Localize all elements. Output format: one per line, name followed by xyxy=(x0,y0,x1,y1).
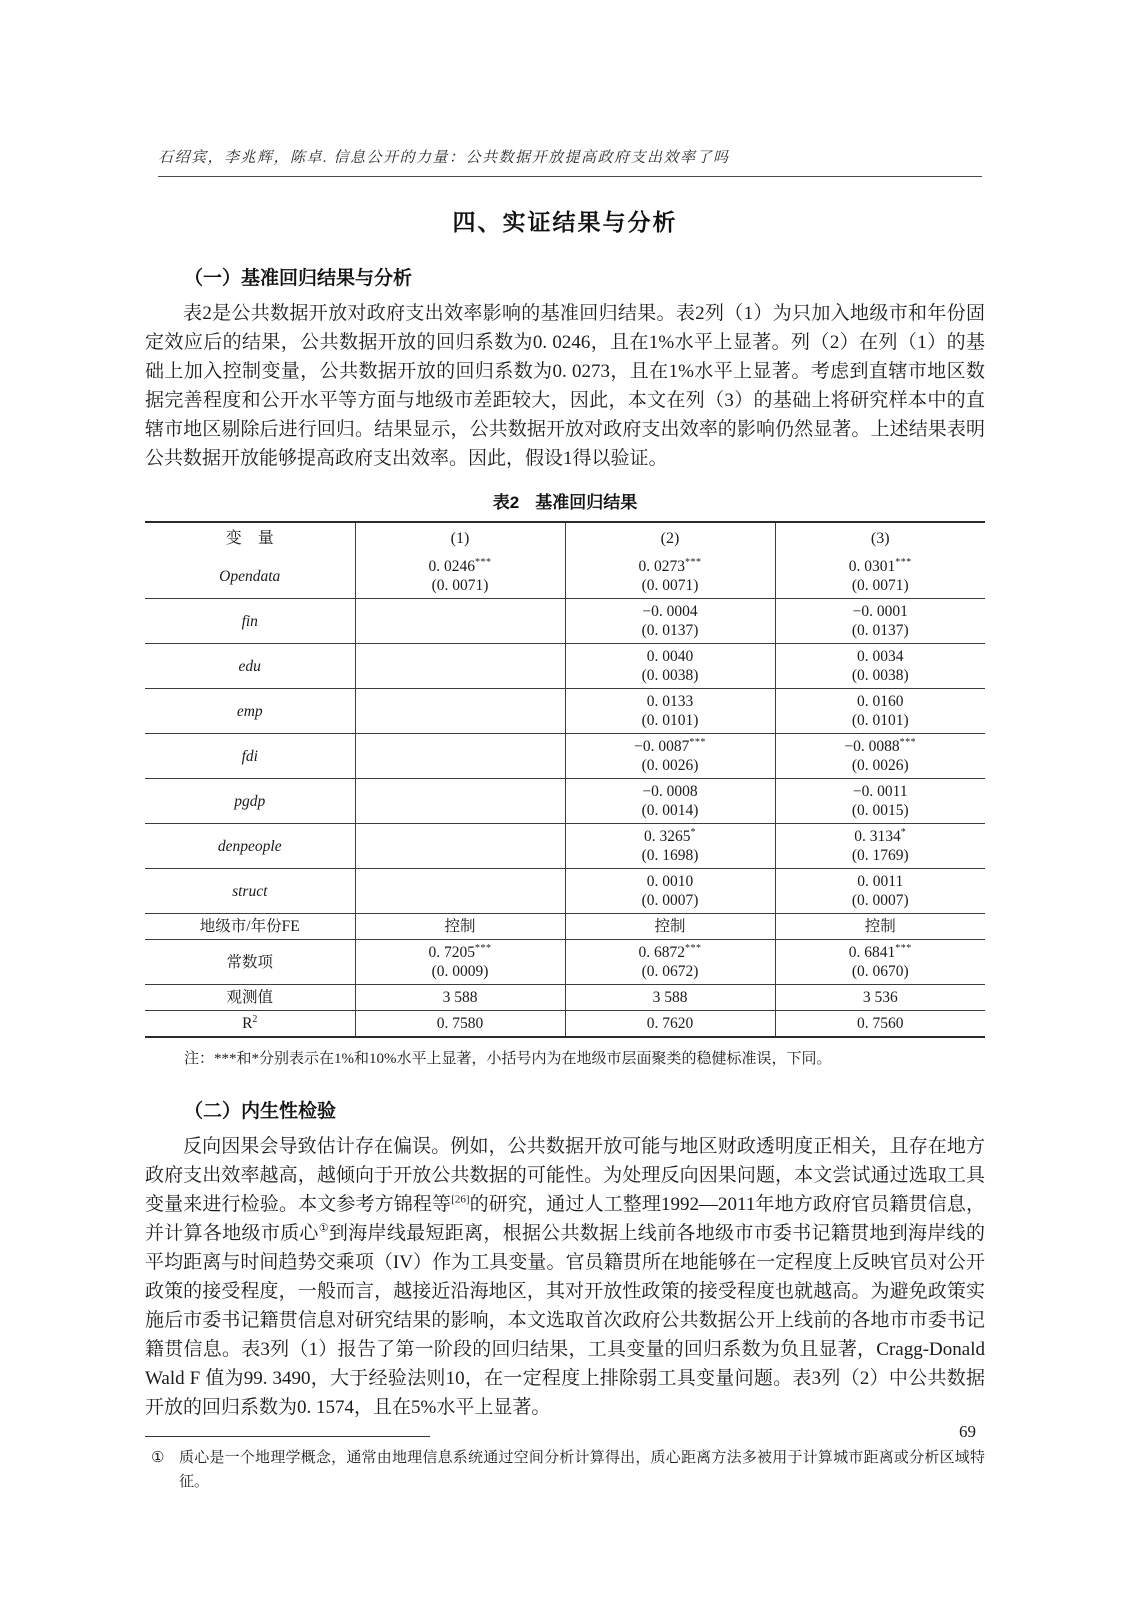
coefficient-value: 0. 0273*** xyxy=(570,557,771,576)
standard-error: (0. 0101) xyxy=(570,711,771,730)
model-column-header: (1) xyxy=(355,522,565,554)
variable-name: edu xyxy=(145,644,355,689)
standard-error: (0. 0672) xyxy=(570,962,771,981)
table-note: 注：***和*分别表示在1%和10%水平上显著，小括号内为在地级市层面聚类的稳健… xyxy=(145,1048,985,1070)
variable-name: fin xyxy=(145,599,355,644)
standard-error: (0. 0071) xyxy=(570,576,771,595)
significance-stars: * xyxy=(691,827,697,838)
variable-name: emp xyxy=(145,689,355,734)
label-superscript: 2 xyxy=(252,1014,257,1025)
variable-name: struct xyxy=(145,869,355,914)
table-row: 地级市/年份FE控制控制控制 xyxy=(145,914,985,940)
table-cell: 3 536 xyxy=(775,985,985,1011)
table-cell: 0. 0246***(0. 0071) xyxy=(355,554,565,599)
table-cell: −0. 0011(0. 0015) xyxy=(775,779,985,824)
citation-ref: [26] xyxy=(451,1194,469,1206)
table-cell xyxy=(355,779,565,824)
significance-stars: *** xyxy=(900,737,917,748)
table-cell: 控制 xyxy=(565,914,775,940)
coefficient-value: 0. 0160 xyxy=(780,692,982,711)
standard-error: (0. 0038) xyxy=(780,666,982,685)
standard-error: (0. 0071) xyxy=(360,576,561,595)
table-row: 观测值3 5883 5883 536 xyxy=(145,985,985,1011)
table-row: edu0. 0040(0. 0038)0. 0034(0. 0038) xyxy=(145,644,985,689)
coefficient-value: −0. 0001 xyxy=(780,602,982,621)
table-cell: 0. 7620 xyxy=(565,1011,775,1038)
table-cell: −0. 0001(0. 0137) xyxy=(775,599,985,644)
section-title: 四、实证结果与分析 xyxy=(145,204,985,237)
variable-name: Opendata xyxy=(145,554,355,599)
page-content: 四、实证结果与分析 （一）基准回归结果与分析 表2是公共数据开放对政府支出效率影… xyxy=(145,196,985,1494)
table-cell: 控制 xyxy=(355,914,565,940)
standard-error: (0. 0026) xyxy=(780,756,982,775)
footnote: ① 质心是一个地理学概念，通常由地理信息系统通过空间分析计算得出，质心距离方法多… xyxy=(145,1437,985,1494)
table-cell: −0. 0087***(0. 0026) xyxy=(565,734,775,779)
paragraph-baseline-results: 表2是公共数据开放对政府支出效率影响的基准回归结果。表2列（1）为只加入地级市和… xyxy=(145,299,985,473)
table-cell xyxy=(355,824,565,869)
standard-error: (0. 0009) xyxy=(360,962,561,981)
table-cell: 0. 3134*(0. 1769) xyxy=(775,824,985,869)
variable-name: fdi xyxy=(145,734,355,779)
table-title: 表2基准回归结果 xyxy=(145,488,985,513)
variable-name: R2 xyxy=(145,1011,355,1038)
variable-name: pgdp xyxy=(145,779,355,824)
table-row: fin−0. 0004(0. 0137)−0. 0001(0. 0137) xyxy=(145,599,985,644)
model-column-header: (3) xyxy=(775,522,985,554)
standard-error: (0. 0007) xyxy=(780,891,982,910)
table-cell: 0. 0273***(0. 0071) xyxy=(565,554,775,599)
standard-error: (0. 0007) xyxy=(570,891,771,910)
coefficient-value: −0. 0004 xyxy=(570,602,771,621)
table-row: 常数项0. 7205***(0. 0009)0. 6872***(0. 0672… xyxy=(145,940,985,985)
standard-error: (0. 0071) xyxy=(780,576,982,595)
table-cell xyxy=(355,644,565,689)
table-row: emp0. 0133(0. 0101)0. 0160(0. 0101) xyxy=(145,689,985,734)
coefficient-value: 0. 7205*** xyxy=(360,943,561,962)
table-cell xyxy=(355,869,565,914)
table-cell: 0. 0040(0. 0038) xyxy=(565,644,775,689)
table-row: R20. 75800. 76200. 7560 xyxy=(145,1011,985,1038)
table-cell xyxy=(355,689,565,734)
coefficient-value: −0. 0011 xyxy=(780,782,982,801)
footnote-text: 质心是一个地理学概念，通常由地理信息系统通过空间分析计算得出，质心距离方法多被用… xyxy=(179,1446,985,1494)
significance-stars: *** xyxy=(895,557,912,568)
coefficient-value: 0. 0301*** xyxy=(780,557,982,576)
standard-error: (0. 1769) xyxy=(780,846,982,865)
table-cell: −0. 0004(0. 0137) xyxy=(565,599,775,644)
table-cell: 0. 0034(0. 0038) xyxy=(775,644,985,689)
table-cell: 0. 0133(0. 0101) xyxy=(565,689,775,734)
table-cell: 0. 7205***(0. 0009) xyxy=(355,940,565,985)
coefficient-value: 0. 0034 xyxy=(780,647,982,666)
coefficient-value: −0. 0088*** xyxy=(780,737,982,756)
coefficient-value: 0. 0246*** xyxy=(360,557,561,576)
table-header-row: 变 量(1)(2)(3) xyxy=(145,522,985,554)
coefficient-value: 0. 0010 xyxy=(570,872,771,891)
table-row: struct0. 0010(0. 0007)0. 0011(0. 0007) xyxy=(145,869,985,914)
standard-error: (0. 0026) xyxy=(570,756,771,775)
coefficient-value: 0. 0133 xyxy=(570,692,771,711)
table-cell xyxy=(355,734,565,779)
significance-stars: *** xyxy=(475,557,492,568)
standard-error: (0. 0038) xyxy=(570,666,771,685)
table-cell: 3 588 xyxy=(565,985,775,1011)
standard-error: (0. 0014) xyxy=(570,801,771,820)
coefficient-value: 0. 0040 xyxy=(570,647,771,666)
running-header: 石绍宾，李兆辉，陈卓. 信息公开的力量：公共数据开放提高政府支出效率了吗 xyxy=(158,146,982,177)
variable-name: denpeople xyxy=(145,824,355,869)
table-caption: 基准回归结果 xyxy=(535,493,637,512)
table-cell: 0. 0011(0. 0007) xyxy=(775,869,985,914)
standard-error: (0. 0137) xyxy=(780,621,982,640)
table-cell: 3 588 xyxy=(355,985,565,1011)
paragraph-text: 到海岸线最短距离，根据公共数据上线前各地级市市委书记籍贯地到海岸线的平均距离与时… xyxy=(145,1223,985,1418)
model-column-header: (2) xyxy=(565,522,775,554)
variable-column-header: 变 量 xyxy=(145,522,355,554)
table-row: fdi−0. 0087***(0. 0026)−0. 0088***(0. 00… xyxy=(145,734,985,779)
standard-error: (0. 0101) xyxy=(780,711,982,730)
table-number: 表2 xyxy=(493,493,519,512)
table-cell: 0. 7580 xyxy=(355,1011,565,1038)
significance-stars: * xyxy=(901,827,907,838)
page-number: 69 xyxy=(959,1422,976,1442)
table-row: Opendata0. 0246***(0. 0071)0. 0273***(0.… xyxy=(145,554,985,599)
table-cell: 0. 7560 xyxy=(775,1011,985,1038)
table-cell: 0. 0160(0. 0101) xyxy=(775,689,985,734)
table-cell: 控制 xyxy=(775,914,985,940)
table-cell: 0. 6841***(0. 0670) xyxy=(775,940,985,985)
variable-name: 地级市/年份FE xyxy=(145,914,355,940)
footnote-marker: ① xyxy=(145,1446,179,1494)
table-cell: −0. 0088***(0. 0026) xyxy=(775,734,985,779)
significance-stars: *** xyxy=(685,557,702,568)
table-cell: 0. 0301***(0. 0071) xyxy=(775,554,985,599)
coefficient-value: 0. 0011 xyxy=(780,872,982,891)
standard-error: (0. 0670) xyxy=(780,962,982,981)
significance-stars: *** xyxy=(475,943,492,954)
coefficient-value: −0. 0008 xyxy=(570,782,771,801)
significance-stars: *** xyxy=(685,943,702,954)
paragraph-endogeneity: 反向因果会导致估计存在偏误。例如，公共数据开放可能与地区财政透明度正相关，且存在… xyxy=(145,1132,985,1422)
coefficient-value: 0. 6872*** xyxy=(570,943,771,962)
standard-error: (0. 0137) xyxy=(570,621,771,640)
footnote-ref: ① xyxy=(319,1223,329,1235)
table-cell: 0. 3265*(0. 1698) xyxy=(565,824,775,869)
table-cell: 0. 6872***(0. 0672) xyxy=(565,940,775,985)
standard-error: (0. 0015) xyxy=(780,801,982,820)
subsection-title-baseline: （一）基准回归结果与分析 xyxy=(145,263,985,290)
coefficient-value: 0. 6841*** xyxy=(780,943,982,962)
standard-error: (0. 1698) xyxy=(570,846,771,865)
paper-page: 石绍宾，李兆辉，陈卓. 信息公开的力量：公共数据开放提高政府支出效率了吗 四、实… xyxy=(0,0,1140,1600)
table-cell: 0. 0010(0. 0007) xyxy=(565,869,775,914)
results-table: 变 量(1)(2)(3) Opendata0. 0246***(0. 0071)… xyxy=(145,521,985,1038)
coefficient-value: 0. 3265* xyxy=(570,827,771,846)
table-row: denpeople0. 3265*(0. 1698)0. 3134*(0. 17… xyxy=(145,824,985,869)
coefficient-value: 0. 3134* xyxy=(780,827,982,846)
table-row: pgdp−0. 0008(0. 0014)−0. 0011(0. 0015) xyxy=(145,779,985,824)
subsection-title-endogeneity: （二）内生性检验 xyxy=(145,1096,985,1123)
significance-stars: *** xyxy=(689,737,706,748)
variable-name: 常数项 xyxy=(145,940,355,985)
table-cell: −0. 0008(0. 0014) xyxy=(565,779,775,824)
significance-stars: *** xyxy=(895,943,912,954)
variable-name: 观测值 xyxy=(145,985,355,1011)
table-cell xyxy=(355,599,565,644)
coefficient-value: −0. 0087*** xyxy=(570,737,771,756)
